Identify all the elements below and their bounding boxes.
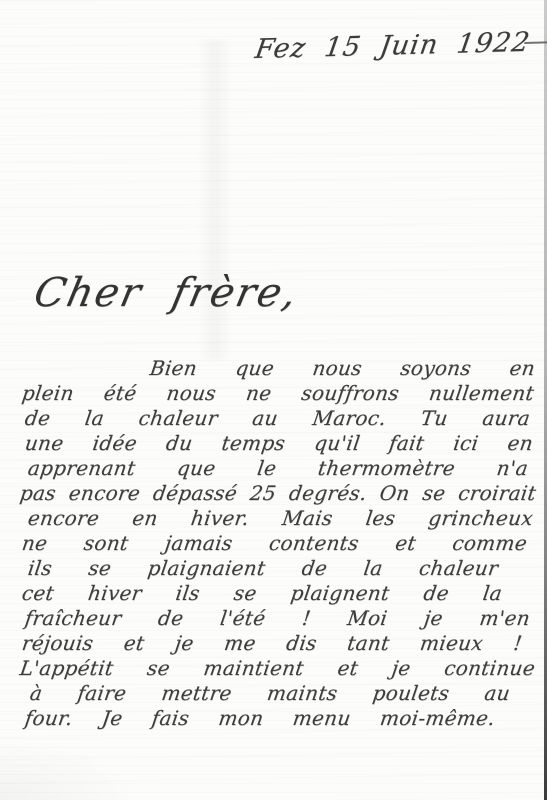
- letter-line: apprenant que le thermomètre n'a: [26, 456, 530, 481]
- scan-corner-shade: [0, 740, 140, 800]
- letter-page: Fez 15 Juin 1922 Cher frère, Bien que no…: [0, 0, 547, 800]
- letter-line: four. Je fais mon menu moi-même.: [23, 706, 497, 731]
- letter-line: une idée du temps qu'il fait ici en: [23, 431, 535, 456]
- letter-line: fraîcheur de l'été ! Moi je m'en: [23, 606, 532, 631]
- letter-line: à faire mettre maints poulets au: [28, 681, 512, 706]
- letter-line: cet hiver ils se plaignent de la: [20, 581, 504, 606]
- letter-line: de la chaleur au Maroc. Tu aura: [23, 406, 532, 431]
- dateline: Fez 15 Juin 1922: [253, 26, 547, 65]
- letter-line: réjouis et je me dis tant mieux !: [20, 631, 524, 656]
- letter-line: plein été nous ne souffrons nullement: [20, 381, 536, 406]
- letter-line: pas encore dépassé 25 degrés. On se croi…: [18, 481, 538, 506]
- letter-line: encore en hiver. Mais les grincheux: [26, 506, 535, 531]
- letter-line: ils se plaignaient de la chaleur: [26, 556, 500, 581]
- letter-line: ne sont jamais contents et comme: [20, 531, 529, 556]
- salutation: Cher frère,: [30, 270, 303, 316]
- letter-line: Bien que nous soyons en: [148, 356, 537, 381]
- letter-line: L'appétit se maintient et je continue: [18, 656, 537, 681]
- letter-body: Bien que nous soyons en plein été nous n…: [0, 356, 547, 731]
